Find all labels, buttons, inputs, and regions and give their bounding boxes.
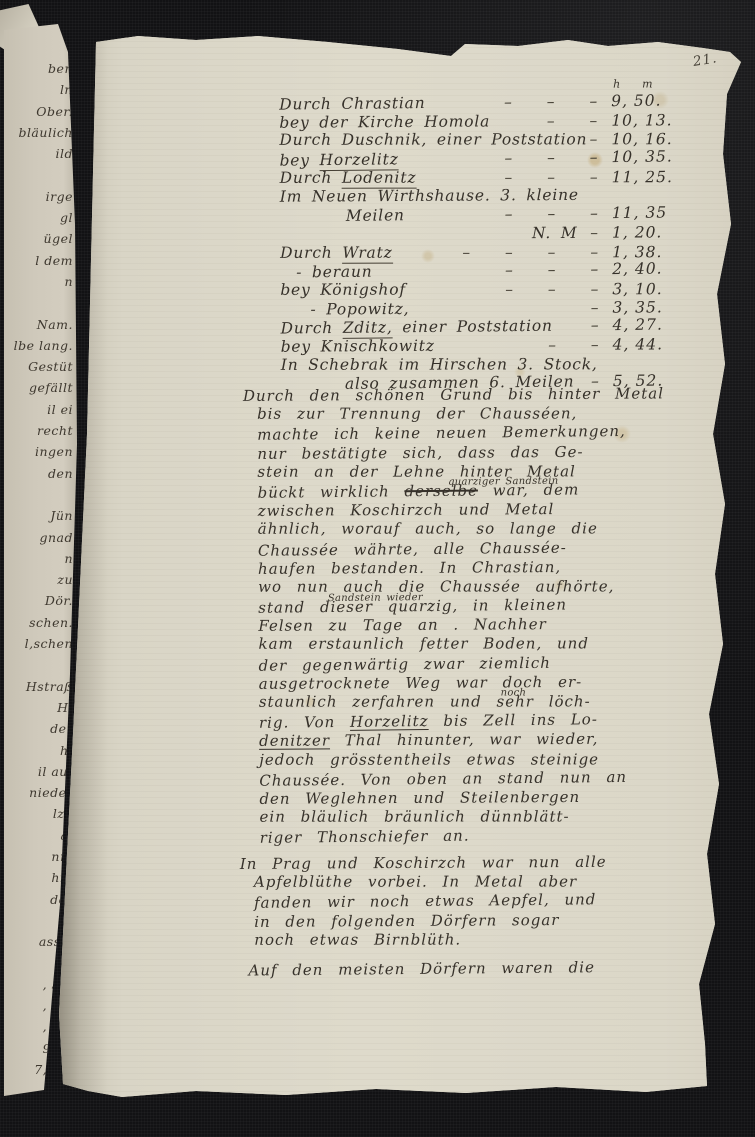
line-text: zwischen Koschirzch und Metal <box>258 500 555 520</box>
place-prefix: Durch <box>280 319 342 338</box>
line-text: rig. Von <box>259 713 350 732</box>
fragment-line: gl <box>4 207 73 228</box>
itinerary-row: bey Königshof – – – 3, 10. <box>280 280 674 299</box>
fragment-line: nieder <box>4 782 73 803</box>
place-prefix: bey <box>281 337 321 355</box>
fragment-line: Nam. <box>4 314 73 335</box>
prose-line: haufen bestanden. In Chrastian, <box>244 557 709 579</box>
itinerary-place: Durch Zditz, einer Poststation <box>280 317 552 339</box>
itinerary-time-value: 9, 50. <box>611 91 673 110</box>
place-prefix: bey Königshof <box>280 280 406 298</box>
itinerary-row: N. M – 1, 20. <box>280 223 674 244</box>
itinerary-dashes: – – – <box>416 168 611 187</box>
place-prefix: Durch <box>279 95 341 114</box>
paragraph-1: Durch den schönen Grund bis hinter Metal… <box>243 384 711 847</box>
line-text: der gegenwärtig zwar ziemlich <box>259 653 551 674</box>
itinerary-place: Meilen <box>346 206 405 225</box>
fragment-line: gnad <box>4 527 73 548</box>
place-prefix: - beraun <box>296 263 372 282</box>
fragment-line <box>4 654 73 675</box>
itinerary-dashes: – – – <box>406 280 612 299</box>
line-text: bückt wirklich <box>257 482 404 502</box>
prose-line: zwischen Koschirzch und Metal <box>244 499 709 521</box>
place-suffix: einer Poststation <box>427 131 587 149</box>
place-prefix: Durch <box>280 243 342 261</box>
prose-line: riger Thonschiefer an. <box>246 824 711 848</box>
fragment-line: Ober. <box>4 101 73 122</box>
itinerary-time-value: 3, 10. <box>612 280 674 299</box>
underlined-word: Horzelitz <box>350 712 429 731</box>
line-text: ähnlich, worauf auch, so lange die <box>258 520 598 538</box>
line-text: Apfelblüthe vorbei. In Metal aber <box>254 873 577 891</box>
itinerary-time-value: 11, 25. <box>612 168 674 187</box>
catchword-line: Auf den meisten Dörfern waren die <box>248 958 595 979</box>
fragment-line: schen. <box>4 612 73 633</box>
interlinear-insertion: Sandstein wieder <box>328 588 423 608</box>
fragment-line <box>4 484 73 505</box>
line-text-end: bis Zell ins Lo- <box>428 710 597 730</box>
itinerary-dashes: – – – <box>399 148 612 169</box>
place-prefix: N. M <box>532 224 578 242</box>
line-text: noch etwas Birnblüth. <box>254 930 461 948</box>
itinerary-place: bey Horzelitz <box>279 150 398 170</box>
itinerary-place: bey Knischkowitz <box>281 337 435 357</box>
paragraph-2: In Prag und Koschirzch war nun alle Apfe… <box>240 852 706 951</box>
fragment-line <box>4 164 73 185</box>
itinerary-time-value: 11, 35 <box>612 204 674 223</box>
itinerary-row: bey Horzelitz – – – 10, 35. <box>279 148 673 171</box>
place-prefix: Durch <box>280 168 342 186</box>
line-text: den Weglehnen und Steilenbergen <box>259 788 580 808</box>
line-text: machte ich keine neuen Bemerkungen, <box>257 422 626 444</box>
manuscript-page: 21. hm Durch Chrastian – – – 9, 50. bey … <box>46 34 746 1098</box>
line-text: in den folgenden Dörfern sogar <box>254 911 559 931</box>
itinerary-time-value: 2, 40. <box>612 260 674 279</box>
place-name: Duschnik, <box>342 131 428 149</box>
prose-line: jedoch grösstentheils etwas steinige <box>245 750 710 770</box>
place-prefix: Durch <box>279 131 341 149</box>
line-text: kam erstaunlich fetter Boden, und <box>258 635 588 653</box>
place-name: Kirche Homola <box>358 112 490 131</box>
itinerary-place: Durch Lodenitz <box>280 168 417 187</box>
hours-unit-label: h <box>613 78 620 91</box>
fragment-line: der <box>4 889 73 910</box>
line-text: fanden wir noch etwas Aepfel, und <box>254 891 596 913</box>
fragment-line: der <box>4 718 73 739</box>
itinerary-row: - beraun – – – 2, 40. <box>280 260 674 283</box>
place-name: Knischkowitz <box>321 337 435 356</box>
itinerary-row: Durch Lodenitz – – – 11, 25. <box>280 168 674 187</box>
itinerary-place: bey Königshof <box>280 280 406 299</box>
fragment-line: h. <box>4 740 73 761</box>
itinerary-place: N. M <box>532 224 578 243</box>
itinerary-time-value: 10, 35. <box>611 148 673 167</box>
fragment-line: ügel <box>4 228 73 249</box>
line-text: Chaussée. Von oben an stand nun an <box>259 768 627 790</box>
itinerary-place: In Schebrak im Hirschen 3. Stock, <box>281 355 598 374</box>
prose-line: In Prag und Koschirzch war nun alle <box>240 852 705 874</box>
itinerary-time-value: 1, 20. <box>612 223 674 242</box>
time-units-header: hm <box>613 77 653 90</box>
prose-line: den Weglehnen und Steilenbergen <box>245 787 710 809</box>
itinerary-place: Durch Chrastian <box>279 94 425 114</box>
place-prefix: bey der <box>279 113 358 131</box>
itinerary-table: hm Durch Chrastian – – – 9, 50. bey der … <box>279 92 675 393</box>
place-name: Zditz, <box>343 319 393 340</box>
fragment-line: lbe lang. <box>4 335 73 356</box>
prose-line: ähnlich, worauf auch, so lange die <box>244 520 709 540</box>
fragment-line: bläulich <box>4 122 73 143</box>
place-prefix: bey <box>279 151 319 169</box>
place-name: Lodenitz <box>342 168 417 188</box>
itinerary-time-value: 4, 27. <box>612 316 674 335</box>
fragment-line: Gestüt <box>4 356 73 377</box>
itinerary-time-value: 4, 44. <box>613 335 675 354</box>
fragment-line: Dör. <box>4 590 73 611</box>
line-text-end: Thal hinunter, war wieder, <box>330 730 598 750</box>
fragment-line: il auf <box>4 761 73 782</box>
fragment-line: den <box>4 463 73 484</box>
itinerary-dashes: – – – <box>405 204 612 225</box>
itinerary-dashes: – – <box>490 111 611 130</box>
itinerary-place: - beraun <box>296 263 372 283</box>
prose-line: Felsen zu Tage an . Nachher <box>244 614 709 636</box>
fragment-line: recht <box>4 420 73 441</box>
prose-line: ausgetrocknete Weg war doch er- <box>245 672 710 694</box>
prose-line: in den folgenden Dörfern sogar <box>240 910 705 932</box>
itinerary-place: Durch Duschnik, einer Poststation <box>279 131 587 150</box>
prose-line: denitzer Thal hinunter, war wieder, <box>245 729 710 751</box>
fragment-line: hin <box>4 867 73 888</box>
itinerary-dashes: – <box>409 298 612 318</box>
itinerary-place: Durch Wratz <box>280 243 393 262</box>
fragment-line <box>4 292 73 313</box>
line-text: In Prag und Koschirzch war nun alle <box>240 853 607 873</box>
place-suffix: einer Poststation <box>392 317 552 337</box>
fragment-line: il ei <box>4 399 73 420</box>
line-text: ausgetrocknete Weg war doch er- <box>259 673 583 693</box>
folio-page-number: 21. <box>692 50 719 70</box>
itinerary-place: - Popowitz, <box>310 299 409 318</box>
itinerary-dashes: – – <box>435 336 613 356</box>
facing-page-text-fragments: ben ln Ober. bläulich ild irge gl ügel l… <box>4 58 73 1080</box>
prose-line: noch etwas Birnblüth. <box>240 930 705 950</box>
fragment-line: lzu <box>4 803 73 824</box>
interlinear-insertion: quarziger Sandstein <box>448 472 559 492</box>
line-text: nur bestätigte sich, dass das Ge- <box>257 442 583 462</box>
itinerary-time-value: 3, 35. <box>612 298 674 317</box>
place-prefix: In Schebrak im Hirschen 3. Stock, <box>281 355 598 374</box>
fragment-line: n <box>4 271 73 292</box>
fragment-line: zu <box>4 569 73 590</box>
itinerary-dashes: – <box>587 131 611 150</box>
line-text: ein bläulich bräunlich dünnblätt- <box>260 808 570 826</box>
fragment-line: l dem <box>4 250 73 271</box>
fragment-line: Hstraß <box>4 676 73 697</box>
fragment-line: ln <box>4 79 73 100</box>
fragment-line: al <box>4 825 73 846</box>
prose-line: kam erstaunlich fetter Boden, und <box>244 635 709 655</box>
fragment-line: h <box>4 910 73 931</box>
itinerary-place: bey der Kirche Homola <box>279 112 490 132</box>
minutes-unit-label: m <box>642 77 653 90</box>
line-text: haufen bestanden. In Chrastian, <box>258 558 561 578</box>
line-text: Felsen zu Tage an . Nachher <box>258 615 546 635</box>
fragment-line: nn. <box>4 846 73 867</box>
line-text: staunlich zerfahren und <box>259 692 497 710</box>
place-prefix: Im Neuen Wirthshause. 3. kleine <box>280 186 579 206</box>
itinerary-dashes: – – – <box>425 92 611 113</box>
place-prefix: - Popowitz, <box>310 299 409 318</box>
line-text: jedoch grösstentheils etwas steinige <box>259 750 599 768</box>
interlinear-insertion: noch <box>501 683 527 702</box>
itinerary-row: Durch Duschnik, einer Poststation – 10, … <box>279 131 673 150</box>
line-text: Chaussée währte, alle Chaussée- <box>258 538 567 559</box>
itinerary-dashes: – <box>553 316 613 335</box>
fragment-line: Jün <box>4 505 73 526</box>
place-name: Wratz <box>342 243 392 263</box>
place-prefix: Meilen <box>346 206 405 225</box>
fragment-line: ild <box>4 143 73 164</box>
place-name: Chrastian <box>341 94 425 113</box>
itinerary-time-value: 10, 13. <box>611 111 673 130</box>
fragment-line: ingen <box>4 441 73 462</box>
underlined-word: denitzer <box>259 732 330 750</box>
fragment-line: ben <box>4 58 73 79</box>
itinerary-dashes: – <box>577 223 612 242</box>
prose-line: Durch den schönen Grund bis hinter Metal <box>243 384 708 406</box>
line-text: Durch den schönen Grund bis hinter Metal <box>243 384 664 405</box>
line-text: bis zur Trennung der Chausséen, <box>257 405 577 423</box>
line-text: riger Thonschiefer an. <box>260 827 470 847</box>
line-text: wo nun auch die Chaussée aufhörte, <box>258 577 614 595</box>
itinerary-dashes: – – – <box>372 260 612 281</box>
itinerary-dashes: – – – – <box>393 243 613 262</box>
fragment-line: l,schen <box>4 633 73 654</box>
fragment-line: gefällt <box>4 377 73 398</box>
itinerary-row: bey der Kirche Homola – – 10, 13. <box>279 111 673 132</box>
fragment-line: n <box>4 548 73 569</box>
page-content: 21. hm Durch Chrastian – – – 9, 50. bey … <box>43 32 749 1100</box>
fragment-line: irge <box>4 186 73 207</box>
itinerary-place: Im Neuen Wirthshause. 3. kleine <box>280 186 579 207</box>
scanned-manuscript-photo: { "page": { "number": "21.", "units": { … <box>0 0 755 1137</box>
prose-line: nur bestätigte sich, dass das Ge- <box>243 442 708 464</box>
itinerary-row: bey Knischkowitz – – 4, 44. <box>281 335 675 356</box>
fragment-line: Hl <box>4 697 73 718</box>
itinerary-time-value: 10, 16. <box>611 131 673 150</box>
